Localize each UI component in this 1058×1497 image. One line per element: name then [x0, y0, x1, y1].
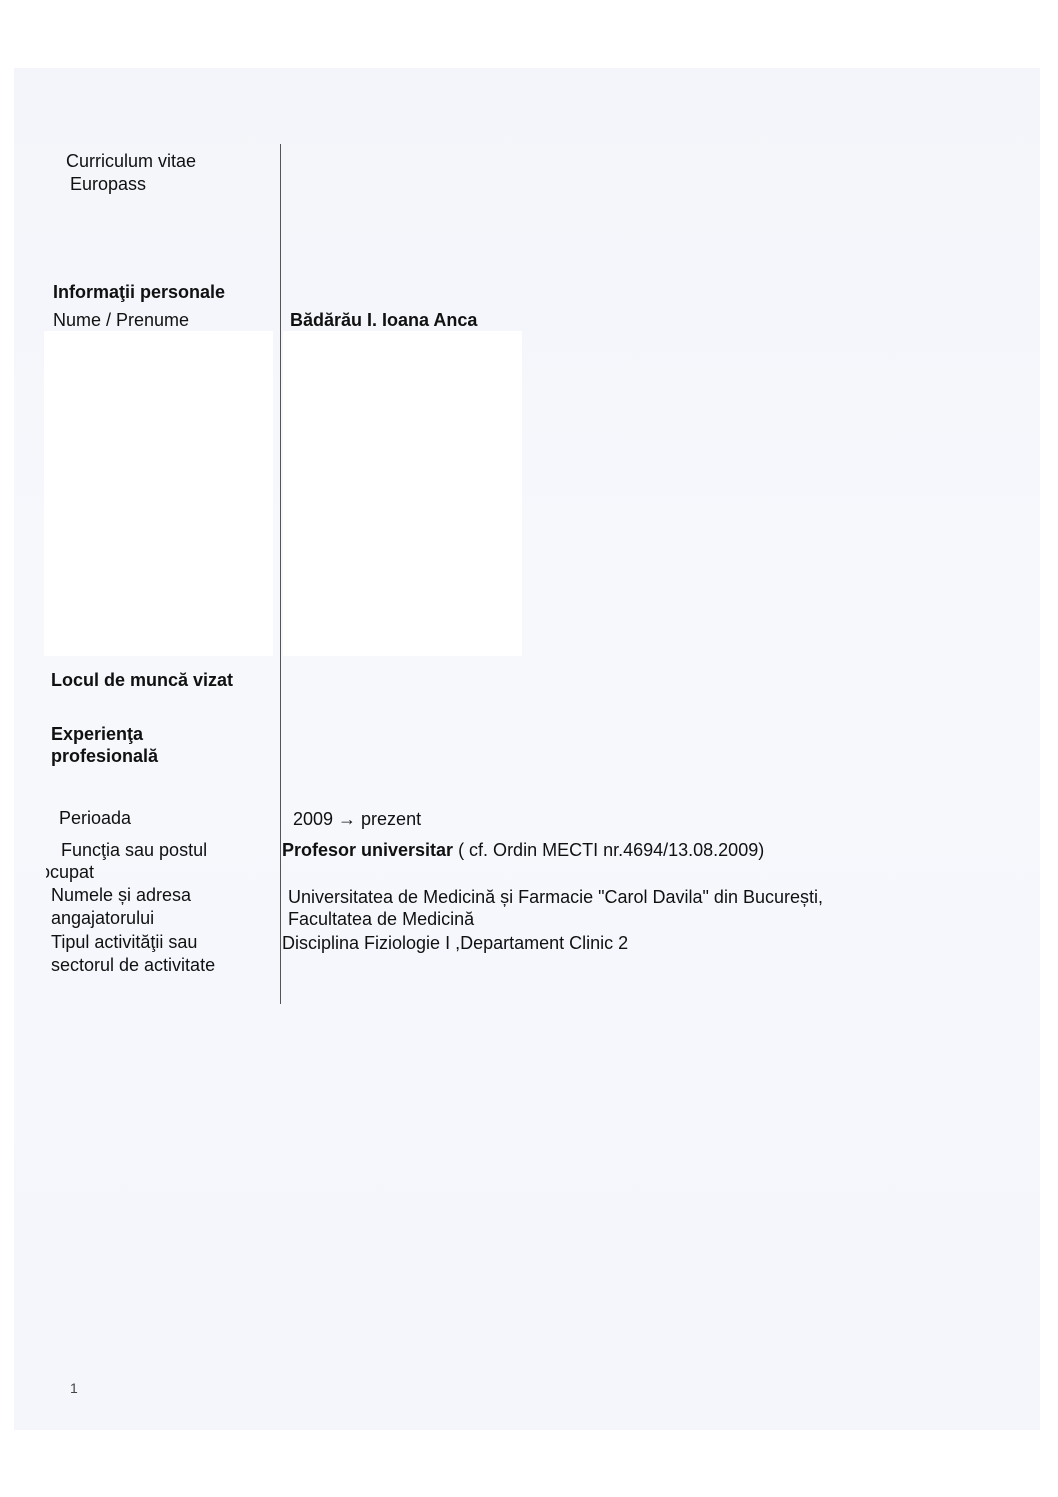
redacted-area-right	[283, 331, 522, 656]
section-title-experience-line2: profesională	[51, 745, 158, 767]
scanned-page	[14, 68, 1040, 1430]
section-title-personal-info: Informaţii personale	[53, 281, 225, 303]
position-title: Profesor universitar	[282, 840, 453, 860]
page-number: 1	[70, 1380, 78, 1396]
position-value: Profesor universitar ( cf. Ordin MECTI n…	[282, 839, 764, 861]
column-divider	[280, 144, 281, 1004]
cv-title: Curriculum vitae	[66, 150, 196, 172]
employer-label-line2: angajatorului	[51, 907, 154, 929]
period-value: 2009 → prezent	[293, 808, 421, 830]
name-label: Nume / Prenume	[53, 309, 189, 331]
activity-label-line2: sectorul de activitate	[51, 954, 215, 976]
section-title-experience-line1: Experienţa	[51, 723, 143, 745]
activity-value: Disciplina Fiziologie I ,Departament Cli…	[282, 932, 628, 954]
name-value: Bădărău I. Ioana Anca	[290, 309, 477, 331]
employer-value-line1: Universitatea de Medicină și Farmacie "C…	[288, 886, 823, 908]
position-label-line2: ocupat	[40, 861, 94, 883]
position-label-line1: Funcţia sau postul	[61, 839, 207, 861]
cv-subtitle: Europass	[70, 173, 146, 195]
position-reference: ( cf. Ordin MECTI nr.4694/13.08.2009)	[453, 840, 764, 860]
activity-label-line1: Tipul activităţii sau	[51, 931, 197, 953]
period-label: Perioada	[59, 807, 131, 829]
employer-label-line1: Numele și adresa	[51, 884, 191, 906]
section-title-job-target: Locul de muncă vizat	[51, 669, 233, 691]
employer-value-line2: Facultatea de Medicină	[288, 908, 474, 930]
redacted-area-left	[44, 331, 273, 656]
